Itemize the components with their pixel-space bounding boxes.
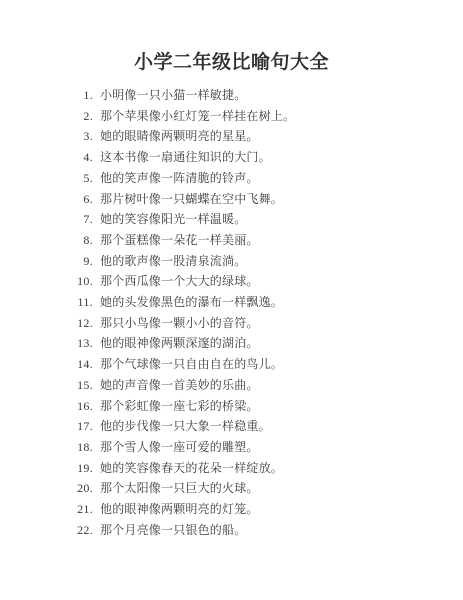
item-number: 12. (65, 313, 93, 334)
item-text: 他的眼神像两颗明亮的灯笼。 (100, 499, 259, 520)
item-text: 她的笑容像阳光一样温暖。 (100, 209, 246, 230)
item-number: 9. (65, 251, 93, 272)
item-text: 她的声音像一首美妙的乐曲。 (100, 375, 259, 396)
item-text: 那个雪人像一座可爱的雕塑。 (100, 437, 259, 458)
list-item: 3. 她的眼睛像两颗明亮的星星。 (65, 126, 463, 147)
item-number: 10. (65, 271, 93, 292)
item-text: 那片树叶像一只蝴蝶在空中飞舞。 (100, 189, 283, 210)
item-text: 小明像一只小猫一样敏捷。 (100, 85, 246, 106)
item-number: 21. (65, 499, 93, 520)
item-text: 她的头发像黑色的瀑布一样飘逸。 (100, 292, 283, 313)
list-item: 7. 她的笑容像阳光一样温暖。 (65, 209, 463, 230)
document-page: 小学二年级比喻句大全 1. 小明像一只小猫一样敏捷。 2. 那个苹果像小红灯笼一… (0, 0, 463, 600)
item-text: 那个西瓜像一个大大的绿球。 (100, 271, 259, 292)
list-item: 18. 那个雪人像一座可爱的雕塑。 (65, 437, 463, 458)
list-item: 8. 那个蛋糕像一朵花一样美丽。 (65, 230, 463, 251)
item-number: 19. (65, 458, 93, 479)
list-item: 6. 那片树叶像一只蝴蝶在空中飞舞。 (65, 189, 463, 210)
item-text: 她的眼睛像两颗明亮的星星。 (100, 126, 259, 147)
item-text: 那个月亮像一只银色的船。 (100, 520, 246, 541)
list-item: 9. 他的歌声像一股清泉流淌。 (65, 251, 463, 272)
list-item: 2. 那个苹果像小红灯笼一样挂在树上。 (65, 106, 463, 127)
list-item: 17. 他的步伐像一只大象一样稳重。 (65, 416, 463, 437)
item-text: 她的笑容像春天的花朵一样绽放。 (100, 458, 283, 479)
item-text: 他的眼神像两颗深邃的湖泊。 (100, 333, 259, 354)
item-number: 5. (65, 168, 93, 189)
item-number: 17. (65, 416, 93, 437)
item-number: 7. (65, 209, 93, 230)
item-text: 那个气球像一只自由自在的鸟儿。 (100, 354, 283, 375)
item-number: 6. (65, 189, 93, 210)
item-number: 1. (65, 85, 93, 106)
item-text: 那个彩虹像一座七彩的桥梁。 (100, 396, 259, 417)
item-text: 他的步伐像一只大象一样稳重。 (100, 416, 271, 437)
item-number: 15. (65, 375, 93, 396)
page-title: 小学二年级比喻句大全 (0, 51, 463, 74)
item-text: 这本书像一扇通往知识的大门。 (100, 147, 271, 168)
list-item: 1. 小明像一只小猫一样敏捷。 (65, 85, 463, 106)
item-number: 3. (65, 126, 93, 147)
list-item: 15. 她的声音像一首美妙的乐曲。 (65, 375, 463, 396)
item-text: 他的歌声像一股清泉流淌。 (100, 251, 246, 272)
item-number: 13. (65, 333, 93, 354)
item-number: 8. (65, 230, 93, 251)
list-item: 22. 那个月亮像一只银色的船。 (65, 520, 463, 541)
item-number: 22. (65, 520, 93, 541)
item-text: 那只小鸟像一颗小小的音符。 (100, 313, 259, 334)
item-number: 16. (65, 396, 93, 417)
item-text: 他的笑声像一阵清脆的铃声。 (100, 168, 259, 189)
item-text: 那个蛋糕像一朵花一样美丽。 (100, 230, 259, 251)
list-item: 21. 他的眼神像两颗明亮的灯笼。 (65, 499, 463, 520)
item-number: 14. (65, 354, 93, 375)
list-item: 13. 他的眼神像两颗深邃的湖泊。 (65, 333, 463, 354)
item-number: 11. (65, 292, 93, 313)
item-number: 18. (65, 437, 93, 458)
item-number: 4. (65, 147, 93, 168)
list-item: 19. 她的笑容像春天的花朵一样绽放。 (65, 458, 463, 479)
list-item: 11. 她的头发像黑色的瀑布一样飘逸。 (65, 292, 463, 313)
list-item: 20. 那个太阳像一只巨大的火球。 (65, 478, 463, 499)
simile-list: 1. 小明像一只小猫一样敏捷。 2. 那个苹果像小红灯笼一样挂在树上。 3. 她… (65, 85, 463, 540)
list-item: 16. 那个彩虹像一座七彩的桥梁。 (65, 396, 463, 417)
item-text: 那个太阳像一只巨大的火球。 (100, 478, 259, 499)
list-item: 10. 那个西瓜像一个大大的绿球。 (65, 271, 463, 292)
list-item: 4. 这本书像一扇通往知识的大门。 (65, 147, 463, 168)
list-item: 14. 那个气球像一只自由自在的鸟儿。 (65, 354, 463, 375)
list-item: 12. 那只小鸟像一颗小小的音符。 (65, 313, 463, 334)
item-number: 2. (65, 106, 93, 127)
item-text: 那个苹果像小红灯笼一样挂在树上。 (100, 106, 295, 127)
item-number: 20. (65, 478, 93, 499)
list-item: 5. 他的笑声像一阵清脆的铃声。 (65, 168, 463, 189)
